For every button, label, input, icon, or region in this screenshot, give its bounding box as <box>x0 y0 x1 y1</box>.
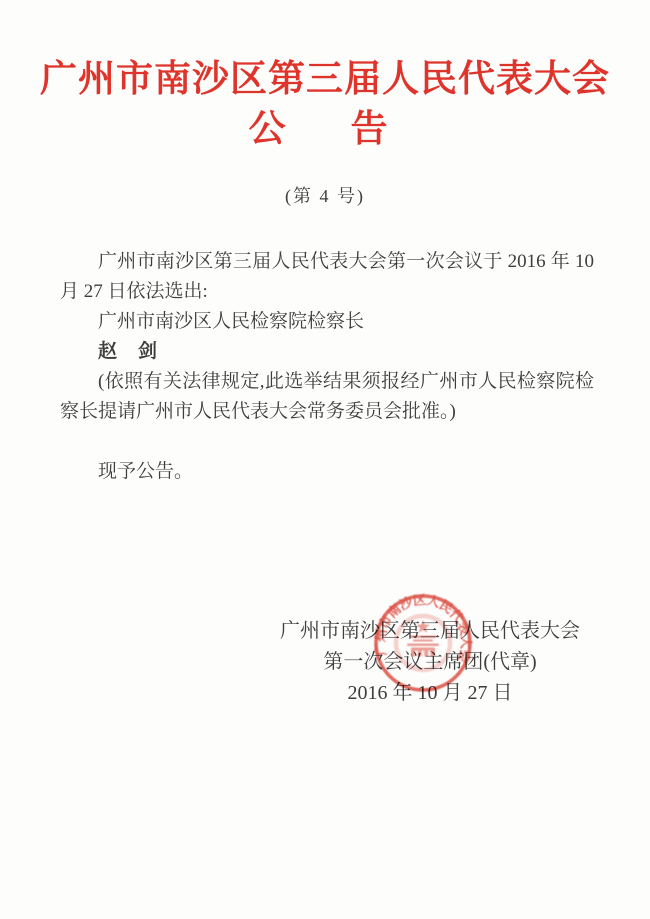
document-body: 广州市南沙区第三届人民代表大会第一次会议于 2016 年 10 月 27 日依法… <box>60 247 594 487</box>
paragraph-intro: 广州市南沙区第三届人民代表大会第一次会议于 2016 年 10 月 27 日依法… <box>60 247 594 307</box>
legal-note: (依照有关法律规定,此选举结果须报经广州市人民检察院检察长提请广州市人民代表大会… <box>60 367 594 427</box>
document-title: 广州市南沙区第三届人民代表大会 公 告 <box>0 55 650 155</box>
elected-position-line: 广州市南沙区人民检察院检察长 <box>60 307 594 337</box>
title-line-2: 公 告 <box>0 105 650 155</box>
national-emblem-icon <box>396 616 450 670</box>
title-line-1: 广州市南沙区第三届人民代表大会 <box>0 55 650 105</box>
official-seal: 广州市南沙区人民代表大会常务委员会 <box>353 573 493 713</box>
elected-name: 赵 剑 <box>60 337 594 367</box>
issue-number: (第 4 号) <box>0 182 650 208</box>
announcement-page: 广州市南沙区第三届人民代表大会 公 告 (第 4 号) 广州市南沙区第三届人民代… <box>0 0 650 919</box>
closing-statement: 现予公告。 <box>60 457 594 487</box>
